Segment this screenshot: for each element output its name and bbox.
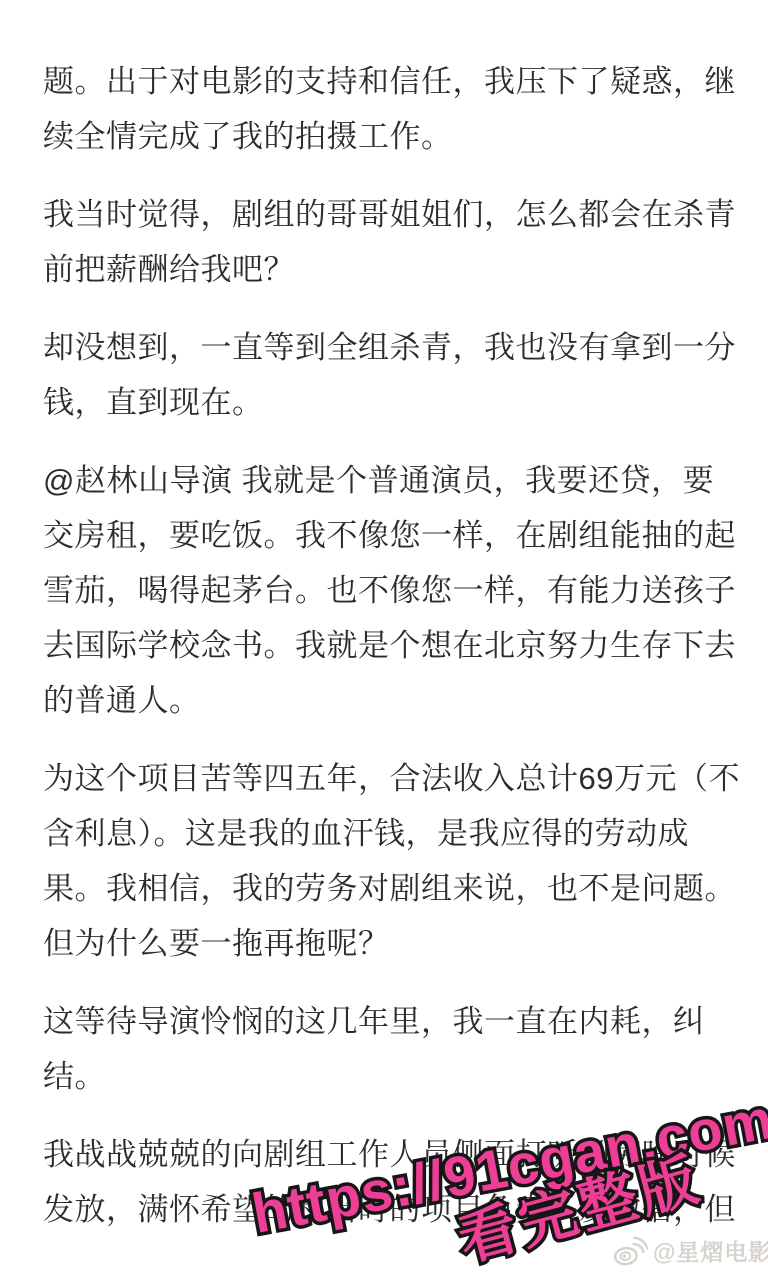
weibo-watermark: @星熠电影 — [612, 1234, 768, 1267]
paragraph: 题。出于对电影的支持和信任，我压下了疑惑，继续全情完成了我的拍摄工作。 — [43, 54, 727, 164]
paragraph: 这等待导演怜悯的这几年里，我一直在内耗，纠结。 — [43, 994, 727, 1104]
paragraph: @赵林山导演 我就是个普通演员，我要还贷，要交房租，要吃饭。我不像您一样，在剧组… — [43, 453, 727, 728]
paragraph-line: 结。 — [43, 1049, 727, 1104]
paragraph-line: 雪茄，喝得起茅台。也不像您一样，有能力送孩子 — [43, 563, 727, 618]
paragraph-line: 题。出于对电影的支持和信任，我压下了疑惑，继 — [43, 54, 727, 109]
paragraph-line: 交房租，要吃饭。我不像您一样，在剧组能抽的起 — [43, 508, 727, 563]
paragraph-line: 却没想到，一直等到全组杀青，我也没有拿到一分 — [43, 320, 727, 375]
paragraph-line: 为这个项目苦等四五年，合法收入总计69万元（不 — [43, 751, 727, 806]
paragraph: 我当时觉得，剧组的哥哥姐姐们，怎么都会在杀青前把薪酬给我吧？ — [43, 187, 727, 297]
paragraph-line: @赵林山导演 我就是个普通演员，我要还贷，要 — [43, 453, 727, 508]
paragraph: 却没想到，一直等到全组杀青，我也没有拿到一分钱，直到现在。 — [43, 320, 727, 430]
weibo-handle: @星熠电影 — [653, 1234, 768, 1267]
paragraph-line: 这等待导演怜悯的这几年里，我一直在内耗，纠 — [43, 994, 727, 1049]
paragraph-line: 果。我相信，我的劳务对剧组来说，也不是问题。 — [43, 861, 727, 916]
paragraph-line: 去国际学校念书。我就是个想在北京努力生存下去 — [43, 618, 727, 673]
paragraph-line: 我当时觉得，剧组的哥哥姐姐们，怎么都会在杀青 — [43, 187, 727, 242]
paragraph-line: 含利息）。这是我的血汗钱，是我应得的劳动成 — [43, 806, 727, 861]
article-page: 题。出于对电影的支持和信任，我压下了疑惑，继续全情完成了我的拍摄工作。我当时觉得… — [0, 0, 768, 1280]
weibo-logo-icon — [611, 1234, 650, 1268]
paragraph-line: 钱，直到现在。 — [43, 375, 727, 430]
paragraph-line: 续全情完成了我的拍摄工作。 — [43, 109, 727, 164]
paragraph-line: 但为什么要一拖再拖呢？ — [43, 916, 727, 971]
paragraph: 为这个项目苦等四五年，合法收入总计69万元（不含利息）。这是我的血汗钱，是我应得… — [43, 751, 727, 971]
paragraph-line: 前把薪酬给我吧？ — [43, 242, 727, 297]
paragraph-line: 的普通人。 — [43, 673, 727, 728]
article-body: 题。出于对电影的支持和信任，我压下了疑惑，继续全情完成了我的拍摄工作。我当时觉得… — [43, 54, 727, 1260]
